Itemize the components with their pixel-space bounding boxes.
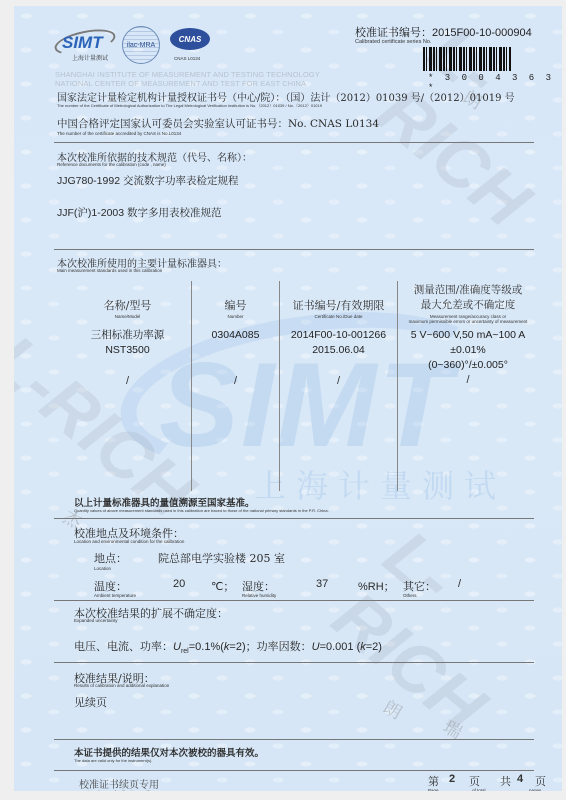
location-label: 地点： [94, 550, 127, 566]
cell-number: 0304A085 [192, 328, 279, 343]
temperature-value: 20 [173, 578, 185, 590]
cnas-accreditation-line: 中国合格评定国家认可委员会实验室认可证书号：No. CNAS L0134 [57, 116, 379, 131]
others-label: 其它： [403, 578, 436, 594]
results-heading-en: Results of calibration and additional ex… [74, 683, 169, 689]
total-pages: 4 [517, 773, 523, 785]
validity-statement: 本证书提供的结果仅对本次被校的器具有效。 [74, 745, 264, 759]
uncertainty-heading-en: Expanded uncertainty [74, 618, 118, 624]
page-label-en: Page [428, 788, 439, 791]
column-range-accuracy: 测量范围/准确度等级或 最大允差或不确定度 Measurement range/… [398, 281, 538, 491]
traceability-statement-en: Quantity values of above measurement sta… [74, 508, 329, 513]
temperature-label-en: Ambient temperature [94, 593, 136, 599]
divider [54, 770, 534, 771]
validity-statement-en: The data are valid only for the instrume… [74, 758, 152, 763]
cell-cert-no: 2014F00-10-001266 [280, 328, 397, 343]
authorization-line-en: The number of the Certificate of Metrolo… [57, 103, 322, 108]
certificate-series-number: 校准证书编号：2015F00-10-000904 [355, 24, 532, 40]
certificate-series-label-en: Calibrated certificate series No. [355, 39, 431, 45]
standards-heading-en: Main measurement standards used in this … [57, 268, 162, 274]
others-label-en: Others [403, 593, 417, 599]
pages-label-en: pages [529, 788, 541, 791]
cell-due-date: 2015.06.04 [280, 343, 397, 358]
reference-doc: JJG780-1992 交流数字功率表检定规程 [57, 173, 238, 188]
cell-accuracy: ±0.01% [398, 343, 538, 358]
divider [54, 142, 534, 143]
location-heading-en: Location and environmental condition for… [74, 539, 184, 545]
divider [54, 739, 534, 740]
reference-heading-en: Reference documents for the calibration … [57, 162, 166, 168]
others-value: / [458, 578, 461, 590]
humidity-unit: %RH； [358, 578, 395, 594]
humidity-label-en: Relative humidity [242, 593, 276, 599]
page-suffix: 页 [469, 773, 480, 789]
cnas-accreditation-line-en: The number of the certificate accredited… [57, 131, 181, 137]
total-prefix: 共 [500, 773, 511, 789]
cell-name: 三相标准功率源 [64, 328, 191, 343]
ilac-mra-logo: ilac-MRA [122, 26, 160, 64]
divider [54, 518, 534, 519]
column-number: 编号 Number 0304A085 / [192, 281, 280, 491]
cell-phase: (0~360)°/±0.005° [398, 358, 538, 373]
page-prefix: 第 [428, 773, 439, 789]
cell-empty: / [280, 375, 397, 387]
results-value: 见续页 [74, 694, 107, 710]
location-value: 院总部电学实验楼 205 室 [158, 550, 285, 566]
cell-range: 5 V~600 V,50 mA~100 A [398, 328, 538, 343]
cell-empty: / [192, 375, 279, 387]
total-suffix: 页 [535, 773, 546, 789]
cnas-logo: CNAS CNAS L0134 [168, 26, 212, 64]
cell-empty: / [398, 374, 538, 386]
certificate-page: SIMT 上海计量测试 L-RICH L-RICH L-RICH 朗 朗 瑞 杰… [14, 6, 562, 791]
temperature-unit: ℃； [211, 578, 234, 594]
logo-group: SIMT 上海计量测试 ilac-MRA CNAS CNAS L0134 [54, 26, 212, 64]
traceability-statement: 以上计量标准器具的量值溯源至国家基准。 [74, 495, 255, 509]
of-total-label-en: of total [472, 788, 486, 791]
column-name-model: 名称/型号 Name/Model 三相标准功率源 NST3500 / [64, 281, 192, 491]
divider [54, 600, 534, 601]
continued-page-label-en: Continued page of calibration certificat… [79, 790, 158, 791]
cell-empty: / [64, 375, 191, 387]
institute-name-en: SHANGHAI INSTITUTE OF MEASUREMENT AND TE… [55, 70, 320, 88]
divider [54, 249, 534, 250]
humidity-value: 37 [316, 578, 328, 590]
page-number: 2 [449, 773, 455, 785]
simt-logo: SIMT 上海计量测试 [54, 27, 114, 63]
standards-table: 名称/型号 Name/Model 三相标准功率源 NST3500 / 编号 Nu… [64, 281, 534, 491]
continued-page-label: 校准证书续页专用 [79, 776, 159, 791]
authorization-line: 国家法定计量检定机构计量授权证书号（中心/院）：（国）法计（2012）01039… [57, 89, 515, 104]
uncertainty-value: 电压、电流、功率：Urel=0.1%(k=2)；功率因数：U=0.001 (k=… [74, 638, 382, 655]
temperature-label: 温度： [94, 578, 127, 594]
location-label-en: Location [94, 566, 111, 572]
reference-doc: JJF(沪)1-2003 数字多用表校准规范 [57, 205, 222, 220]
column-cert-due-date: 证书编号/有效期限 Certificate No./Due date 2014F… [280, 281, 398, 491]
humidity-label: 湿度： [242, 578, 275, 594]
barcode [423, 47, 511, 71]
cell-model: NST3500 [64, 343, 191, 358]
divider [54, 662, 534, 663]
